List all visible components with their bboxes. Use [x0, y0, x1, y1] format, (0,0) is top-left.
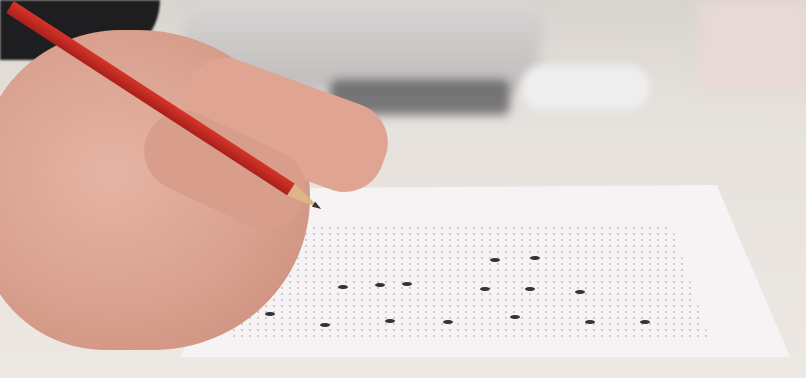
filled-bubble	[585, 320, 595, 324]
filled-bubble	[480, 287, 490, 291]
filled-bubble	[402, 282, 412, 286]
filled-bubble	[510, 315, 520, 319]
filled-bubble	[265, 312, 275, 316]
blurred-object	[700, 0, 806, 90]
filled-bubble	[385, 319, 395, 323]
filled-bubble	[490, 258, 500, 262]
filled-bubble	[640, 320, 650, 324]
filled-bubble	[320, 323, 330, 327]
filled-bubble	[375, 283, 385, 287]
filled-bubble	[443, 320, 453, 324]
filled-bubble	[575, 290, 585, 294]
blurred-mouse	[520, 65, 650, 110]
photo-scene	[0, 0, 806, 378]
filled-bubble	[525, 287, 535, 291]
filled-bubble	[530, 256, 540, 260]
filled-bubble	[338, 285, 348, 289]
